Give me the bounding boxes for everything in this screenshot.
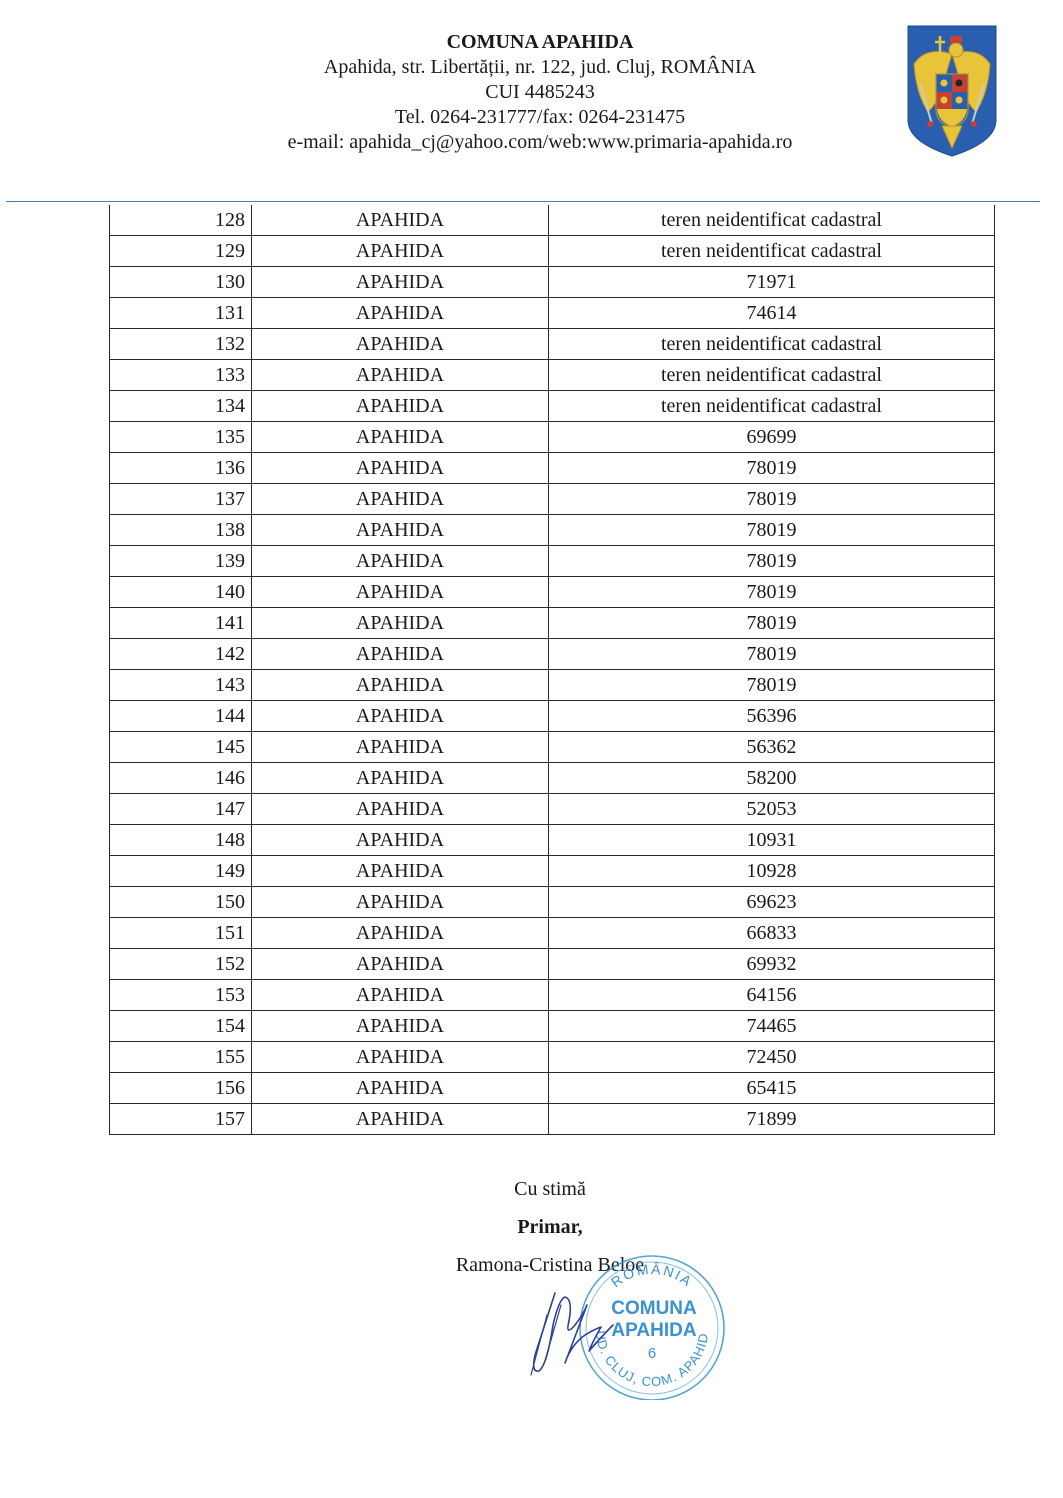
cell-number: 142 [110,639,252,670]
cell-number: 137 [110,484,252,515]
table-row: 140APAHIDA78019 [110,577,995,608]
cell-locality: APAHIDA [252,546,549,577]
table-row: 144APAHIDA56396 [110,701,995,732]
table-row: 145APAHIDA56362 [110,732,995,763]
table-row: 143APAHIDA78019 [110,670,995,701]
cui: CUI 4485243 [0,80,1063,105]
cell-cadastral: 72450 [549,1042,995,1073]
table-row: 142APAHIDA78019 [110,639,995,670]
cell-number: 153 [110,980,252,1011]
cell-locality: APAHIDA [252,639,549,670]
phone-fax: Tel. 0264-231777/fax: 0264-231475 [0,105,1063,130]
seal-top-arc-text: ROMÂNIA [608,1261,696,1290]
cell-locality: APAHIDA [252,856,549,887]
cell-number: 156 [110,1073,252,1104]
table-row: 147APAHIDA52053 [110,794,995,825]
cell-locality: APAHIDA [252,484,549,515]
cell-cadastral: 65415 [549,1073,995,1104]
cell-locality: APAHIDA [252,763,549,794]
table-row: 146APAHIDA58200 [110,763,995,794]
cell-locality: APAHIDA [252,515,549,546]
table-row: 131APAHIDA74614 [110,298,995,329]
cell-number: 151 [110,918,252,949]
cell-cadastral: 58200 [549,763,995,794]
table-row: 141APAHIDA78019 [110,608,995,639]
cell-number: 152 [110,949,252,980]
cell-number: 131 [110,298,252,329]
table-row: 150APAHIDA69623 [110,887,995,918]
cell-cadastral: 78019 [549,453,995,484]
cell-number: 147 [110,794,252,825]
cell-number: 138 [110,515,252,546]
email-web: e-mail: apahida_cj@yahoo.com/web:www.pri… [0,130,1063,155]
cell-cadastral: 66833 [549,918,995,949]
closing-regards: Cu stimă [0,1178,1063,1201]
table-row: 139APAHIDA78019 [110,546,995,577]
cell-cadastral: 52053 [549,794,995,825]
cell-cadastral: 71899 [549,1104,995,1135]
signatory-name: Ramona-Cristina Beloe [0,1254,1063,1277]
romania-coat-of-arms-icon [906,24,998,158]
cell-locality: APAHIDA [252,980,549,1011]
cell-cadastral: 64156 [549,980,995,1011]
cell-cadastral: 56362 [549,732,995,763]
cell-cadastral: 78019 [549,670,995,701]
cell-locality: APAHIDA [252,1073,549,1104]
table-row: 138APAHIDA78019 [110,515,995,546]
table-row: 156APAHIDA65415 [110,1073,995,1104]
organization-name: COMUNA APAHIDA [0,30,1063,55]
table-row: 135APAHIDA69699 [110,422,995,453]
cell-locality: APAHIDA [252,1042,549,1073]
cell-cadastral: 78019 [549,515,995,546]
cell-number: 139 [110,546,252,577]
cell-number: 157 [110,1104,252,1135]
cell-locality: APAHIDA [252,701,549,732]
cell-locality: APAHIDA [252,422,549,453]
handwritten-signature [525,1285,615,1385]
cell-cadastral: teren neidentificat cadastral [549,360,995,391]
table-row: 151APAHIDA66833 [110,918,995,949]
svg-text:ROMÂNIA: ROMÂNIA [608,1261,696,1290]
cell-cadastral: 10931 [549,825,995,856]
cell-number: 136 [110,453,252,484]
cell-cadastral: 74614 [549,298,995,329]
cell-number: 132 [110,329,252,360]
cell-cadastral: teren neidentificat cadastral [549,391,995,422]
cell-number: 128 [110,205,252,236]
table-row: 155APAHIDA72450 [110,1042,995,1073]
cell-locality: APAHIDA [252,949,549,980]
table-row: 149APAHIDA10928 [110,856,995,887]
cell-locality: APAHIDA [252,360,549,391]
cell-number: 133 [110,360,252,391]
cell-number: 134 [110,391,252,422]
cell-number: 140 [110,577,252,608]
cell-cadastral: 69699 [549,422,995,453]
cell-cadastral: 78019 [549,577,995,608]
cell-cadastral: teren neidentificat cadastral [549,205,995,236]
cell-locality: APAHIDA [252,1011,549,1042]
cell-cadastral: 78019 [549,546,995,577]
table-row: 128APAHIDAteren neidentificat cadastral [110,205,995,236]
cell-locality: APAHIDA [252,794,549,825]
cell-locality: APAHIDA [252,670,549,701]
address: Apahida, str. Libertății, nr. 122, jud. … [0,55,1063,80]
table-row: 137APAHIDA78019 [110,484,995,515]
cell-cadastral: 10928 [549,856,995,887]
seal-line1: COMUNA [611,1298,697,1319]
cell-number: 146 [110,763,252,794]
cell-cadastral: 69623 [549,887,995,918]
table-row: 133APAHIDAteren neidentificat cadastral [110,360,995,391]
cell-number: 154 [110,1011,252,1042]
table-row: 153APAHIDA64156 [110,980,995,1011]
cell-number: 130 [110,267,252,298]
cell-cadastral: 71971 [549,267,995,298]
cell-locality: APAHIDA [252,236,549,267]
cell-locality: APAHIDA [252,918,549,949]
cell-cadastral: 78019 [549,608,995,639]
table-row: 136APAHIDA78019 [110,453,995,484]
cell-number: 144 [110,701,252,732]
cell-number: 155 [110,1042,252,1073]
cadastral-table: 128APAHIDAteren neidentificat cadastral1… [109,205,995,1135]
cell-cadastral: teren neidentificat cadastral [549,329,995,360]
table-row: 152APAHIDA69932 [110,949,995,980]
table-row: 154APAHIDA74465 [110,1011,995,1042]
cell-locality: APAHIDA [252,329,549,360]
cell-locality: APAHIDA [252,391,549,422]
cell-number: 129 [110,236,252,267]
letterhead: COMUNA APAHIDA Apahida, str. Libertății,… [0,30,1063,155]
cell-cadastral: 74465 [549,1011,995,1042]
cell-cadastral: 56396 [549,701,995,732]
cell-locality: APAHIDA [252,825,549,856]
cell-cadastral: 78019 [549,484,995,515]
signatory-title: Primar, [0,1216,1063,1239]
cell-locality: APAHIDA [252,577,549,608]
cell-locality: APAHIDA [252,205,549,236]
table-row: 134APAHIDAteren neidentificat cadastral [110,391,995,422]
table-row: 157APAHIDA71899 [110,1104,995,1135]
header-divider [6,201,1040,202]
cell-locality: APAHIDA [252,453,549,484]
seal-line2: APAHIDA [611,1320,696,1341]
table-row: 129APAHIDAteren neidentificat cadastral [110,236,995,267]
cell-locality: APAHIDA [252,1104,549,1135]
cell-locality: APAHIDA [252,608,549,639]
cell-cadastral: 78019 [549,639,995,670]
cell-number: 148 [110,825,252,856]
cell-cadastral: 69932 [549,949,995,980]
table-row: 132APAHIDAteren neidentificat cadastral [110,329,995,360]
cell-number: 150 [110,887,252,918]
cell-number: 141 [110,608,252,639]
cell-number: 135 [110,422,252,453]
cell-number: 143 [110,670,252,701]
cell-locality: APAHIDA [252,732,549,763]
cell-locality: APAHIDA [252,298,549,329]
cell-number: 149 [110,856,252,887]
table-row: 148APAHIDA10931 [110,825,995,856]
table-row: 130APAHIDA71971 [110,267,995,298]
seal-number: 6 [648,1345,656,1362]
cell-locality: APAHIDA [252,887,549,918]
cell-cadastral: teren neidentificat cadastral [549,236,995,267]
table-body: 128APAHIDAteren neidentificat cadastral1… [110,205,995,1135]
cell-locality: APAHIDA [252,267,549,298]
cell-number: 145 [110,732,252,763]
